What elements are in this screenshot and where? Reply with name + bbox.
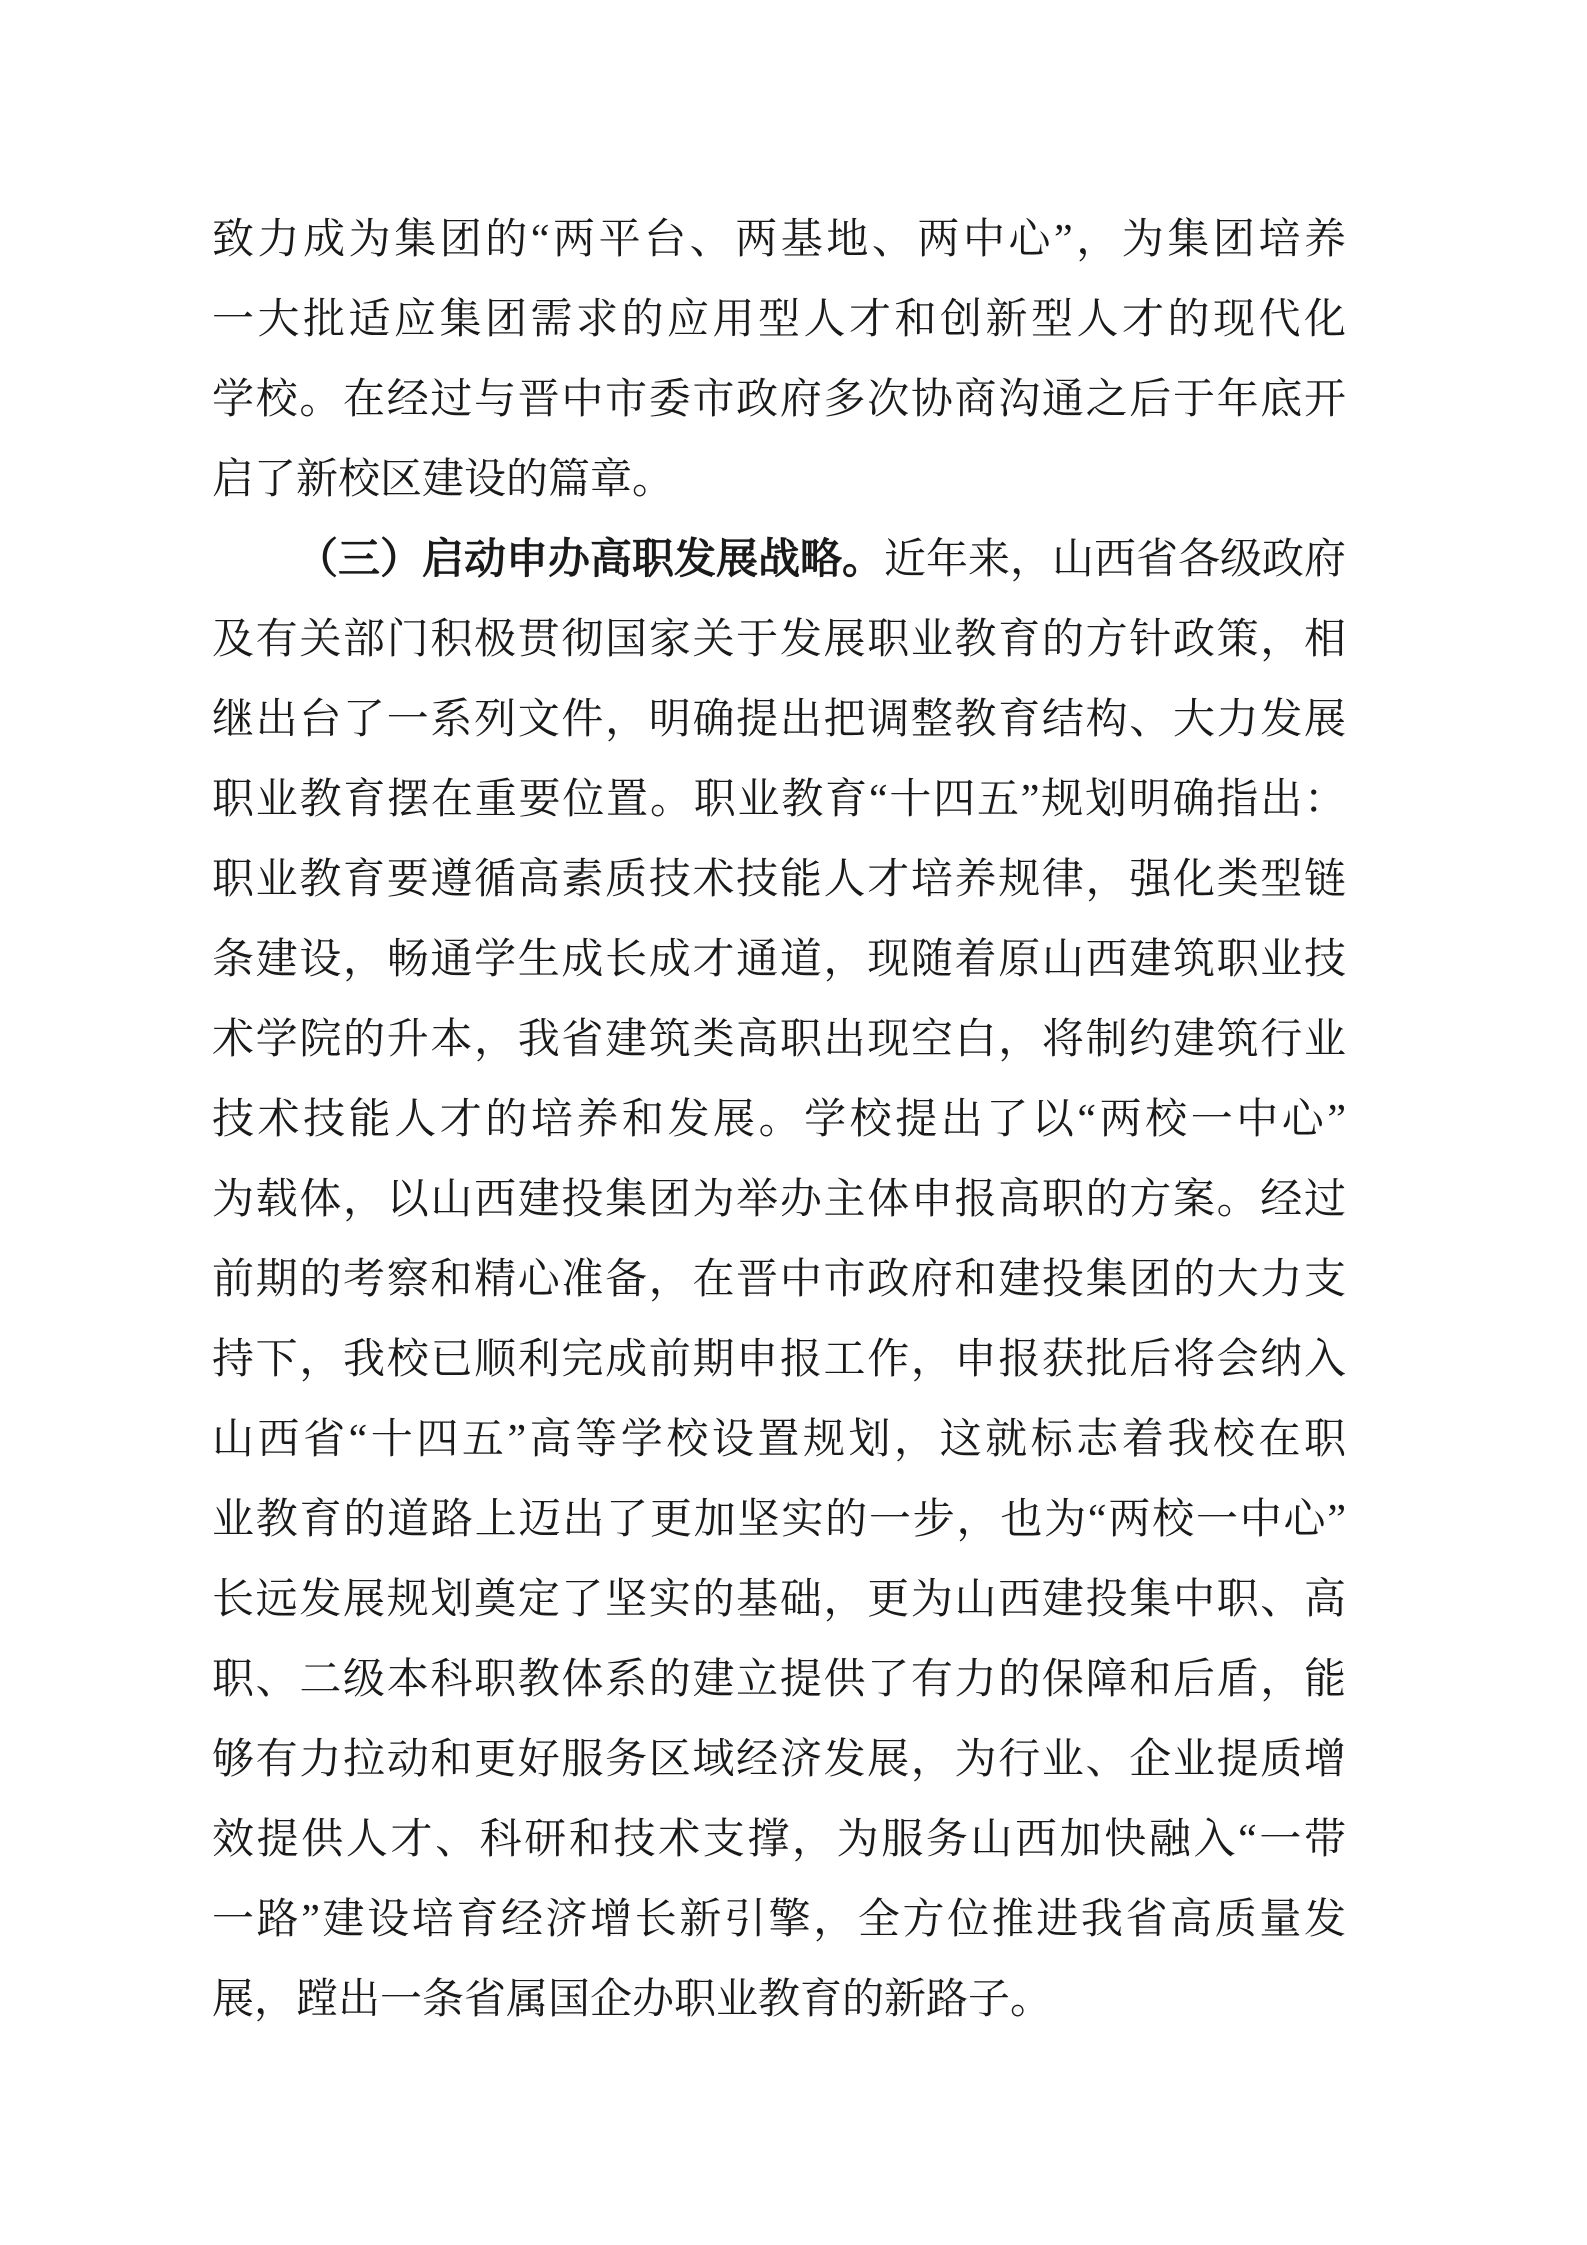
line-text: 一路”建设培育经济增长新引擎，全方位推进我省高质量发 <box>212 1897 1346 1943</box>
text-line: 继出台了一系列文件，明确提出把调整教育结构、大力发展 <box>212 680 1346 760</box>
text-line: 效提供人才、科研和技术支撑，为服务山西加快融入“一带 <box>212 1800 1346 1880</box>
text-line: 技术技能人才的培养和发展。学校提出了以“两校一中心” <box>212 1080 1346 1160</box>
line-text: 术学院的升本，我省建筑类高职出现空白，将制约建筑行业 <box>212 1017 1346 1063</box>
text-line: 条建设，畅通学生成长成才通道，现随着原山西建筑职业技 <box>212 920 1346 1000</box>
text-line: 学校。在经过与晋中市委市政府多次协商沟通之后于年底开 <box>212 360 1346 440</box>
line-text: 职、二级本科职教体系的建立提供了有力的保障和后盾，能 <box>212 1657 1346 1703</box>
text-line: 持下，我校已顺利完成前期申报工作，申报获批后将会纳入 <box>212 1320 1346 1400</box>
text-line: 职业教育要遵循高素质技术技能人才培养规律，强化类型链 <box>212 840 1346 920</box>
line-text: 山西省“十四五”高等学校设置规划，这就标志着我校在职 <box>212 1417 1346 1463</box>
line-text: 展，蹚出一条省属国企办职业教育的新路子。 <box>212 1977 1052 2023</box>
text-line: 启了新校区建设的篇章。 <box>212 440 1346 520</box>
line-text: 一大批适应集团需求的应用型人才和创新型人才的现代化 <box>212 297 1346 343</box>
text-line: 职、二级本科职教体系的建立提供了有力的保障和后盾，能 <box>212 1640 1346 1720</box>
text-line: 术学院的升本，我省建筑类高职出现空白，将制约建筑行业 <box>212 1000 1346 1080</box>
line-text: 启了新校区建设的篇章。 <box>212 457 674 503</box>
line-text: 效提供人才、科研和技术支撑，为服务山西加快融入“一带 <box>212 1817 1346 1863</box>
text-line: 够有力拉动和更好服务区域经济发展，为行业、企业提质增 <box>212 1720 1346 1800</box>
line-text: 职业教育摆在重要位置。职业教育“十四五”规划明确指出： <box>212 777 1346 823</box>
text-line: 及有关部门积极贯彻国家关于发展职业教育的方针政策，相 <box>212 600 1346 680</box>
text-line: 一路”建设培育经济增长新引擎，全方位推进我省高质量发 <box>212 1880 1346 1960</box>
text-line: 职业教育摆在重要位置。职业教育“十四五”规划明确指出： <box>212 760 1346 840</box>
line-text: 够有力拉动和更好服务区域经济发展，为行业、企业提质增 <box>212 1737 1346 1783</box>
line-text: 前期的考察和精心准备，在晋中市政府和建投集团的大力支 <box>212 1257 1346 1303</box>
text-line: （三）启动申办高职发展战略。近年来，山西省各级政府 <box>212 520 1346 600</box>
document-body: 致力成为集团的“两平台、两基地、两中心”，为集团培养一大批适应集团需求的应用型人… <box>212 200 1346 2040</box>
line-text: 近年来，山西省各级政府 <box>884 537 1346 583</box>
text-line: 山西省“十四五”高等学校设置规划，这就标志着我校在职 <box>212 1400 1346 1480</box>
paragraph: （三）启动申办高职发展战略。近年来，山西省各级政府及有关部门积极贯彻国家关于发展… <box>212 520 1346 2040</box>
line-text: 为载体，以山西建投集团为举办主体申报高职的方案。经过 <box>212 1177 1346 1223</box>
line-text: 职业教育要遵循高素质技术技能人才培养规律，强化类型链 <box>212 857 1346 903</box>
line-text: 持下，我校已顺利完成前期申报工作，申报获批后将会纳入 <box>212 1337 1346 1383</box>
line-text: 条建设，畅通学生成长成才通道，现随着原山西建筑职业技 <box>212 937 1346 983</box>
line-text: 继出台了一系列文件，明确提出把调整教育结构、大力发展 <box>212 697 1346 743</box>
line-text: 致力成为集团的“两平台、两基地、两中心”，为集团培养 <box>212 217 1346 263</box>
line-text: 学校。在经过与晋中市委市政府多次协商沟通之后于年底开 <box>212 377 1346 423</box>
paragraph: 致力成为集团的“两平台、两基地、两中心”，为集团培养一大批适应集团需求的应用型人… <box>212 200 1346 520</box>
section-heading: （三）启动申办高职发展战略。 <box>296 537 884 583</box>
text-line: 前期的考察和精心准备，在晋中市政府和建投集团的大力支 <box>212 1240 1346 1320</box>
line-text: 长远发展规划奠定了坚实的基础，更为山西建投集中职、高 <box>212 1577 1346 1623</box>
document-page: 致力成为集团的“两平台、两基地、两中心”，为集团培养一大批适应集团需求的应用型人… <box>0 0 1587 2245</box>
text-line: 致力成为集团的“两平台、两基地、两中心”，为集团培养 <box>212 200 1346 280</box>
text-line: 长远发展规划奠定了坚实的基础，更为山西建投集中职、高 <box>212 1560 1346 1640</box>
text-line: 业教育的道路上迈出了更加坚实的一步，也为“两校一中心” <box>212 1480 1346 1560</box>
line-text: 及有关部门积极贯彻国家关于发展职业教育的方针政策，相 <box>212 617 1346 663</box>
line-text: 技术技能人才的培养和发展。学校提出了以“两校一中心” <box>212 1097 1346 1143</box>
text-line: 展，蹚出一条省属国企办职业教育的新路子。 <box>212 1960 1346 2040</box>
text-line: 为载体，以山西建投集团为举办主体申报高职的方案。经过 <box>212 1160 1346 1240</box>
line-text: 业教育的道路上迈出了更加坚实的一步，也为“两校一中心” <box>212 1497 1346 1543</box>
text-line: 一大批适应集团需求的应用型人才和创新型人才的现代化 <box>212 280 1346 360</box>
